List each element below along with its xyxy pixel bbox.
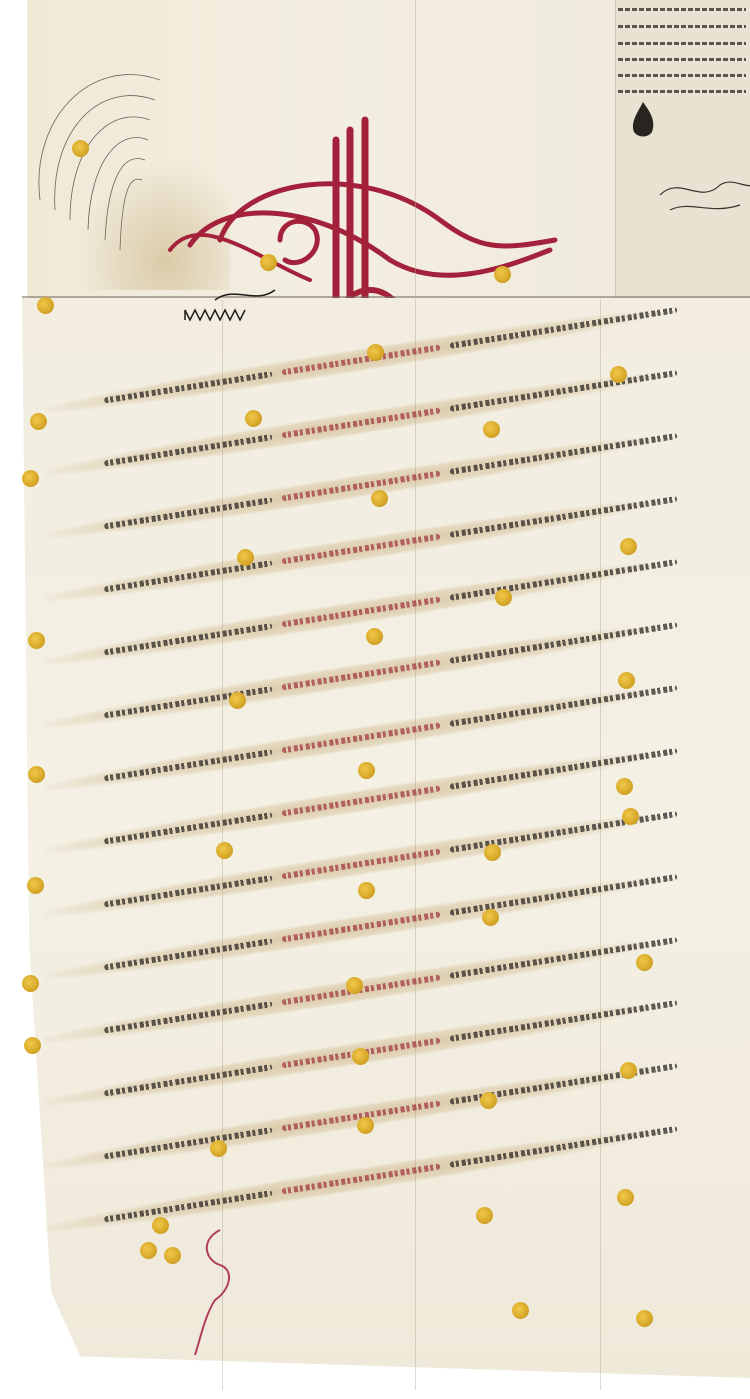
gold-dot xyxy=(229,692,246,709)
annotation-line xyxy=(618,25,746,28)
gold-dot xyxy=(495,589,512,606)
signature-mark xyxy=(175,280,295,330)
gold-dot xyxy=(237,549,254,566)
gold-dot xyxy=(27,877,44,894)
annotation-line xyxy=(618,8,746,11)
gold-dot xyxy=(28,632,45,649)
gold-dot xyxy=(164,1247,181,1264)
gold-dot xyxy=(260,254,277,271)
gold-dot xyxy=(483,421,500,438)
gold-dot xyxy=(216,842,233,859)
fold-crease xyxy=(22,296,750,298)
gold-dot xyxy=(366,628,383,645)
gold-dot xyxy=(622,808,639,825)
gold-dot xyxy=(617,1189,634,1206)
gold-dot xyxy=(636,954,653,971)
gold-dot xyxy=(140,1242,157,1259)
gold-dot xyxy=(367,344,384,361)
gold-dot xyxy=(37,297,54,314)
gold-dot xyxy=(484,844,501,861)
gold-dot xyxy=(245,410,262,427)
gold-dot xyxy=(620,538,637,555)
red-signature xyxy=(190,1220,270,1360)
gold-dot xyxy=(618,672,635,689)
gold-dot xyxy=(636,1310,653,1327)
ink-seal-icon xyxy=(628,100,658,140)
annotation-line xyxy=(618,42,746,45)
gold-dot xyxy=(30,413,47,430)
gold-dot xyxy=(24,1037,41,1054)
gold-dot xyxy=(28,766,45,783)
gold-dot xyxy=(22,470,39,487)
gold-dot xyxy=(210,1140,227,1157)
gold-dot xyxy=(22,975,39,992)
gold-dot xyxy=(482,909,499,926)
annotation-line xyxy=(618,74,746,77)
annotation-line xyxy=(618,90,746,93)
gold-dot xyxy=(476,1207,493,1224)
gold-dot xyxy=(357,1117,374,1134)
fold-crease xyxy=(600,300,601,1390)
gold-dot xyxy=(352,1048,369,1065)
gold-dot xyxy=(616,778,633,795)
gold-dot xyxy=(358,762,375,779)
gold-dot xyxy=(346,977,363,994)
gold-dot xyxy=(358,882,375,899)
gold-dot xyxy=(72,140,89,157)
gold-dot xyxy=(610,366,627,383)
gold-dot xyxy=(152,1217,169,1234)
gold-dot xyxy=(620,1062,637,1079)
document-photo xyxy=(0,0,750,1399)
gold-dot xyxy=(512,1302,529,1319)
annotation-line xyxy=(618,58,746,61)
gold-dot xyxy=(371,490,388,507)
annotation-signature xyxy=(650,165,750,225)
gold-dot xyxy=(480,1092,497,1109)
gold-dot xyxy=(494,266,511,283)
